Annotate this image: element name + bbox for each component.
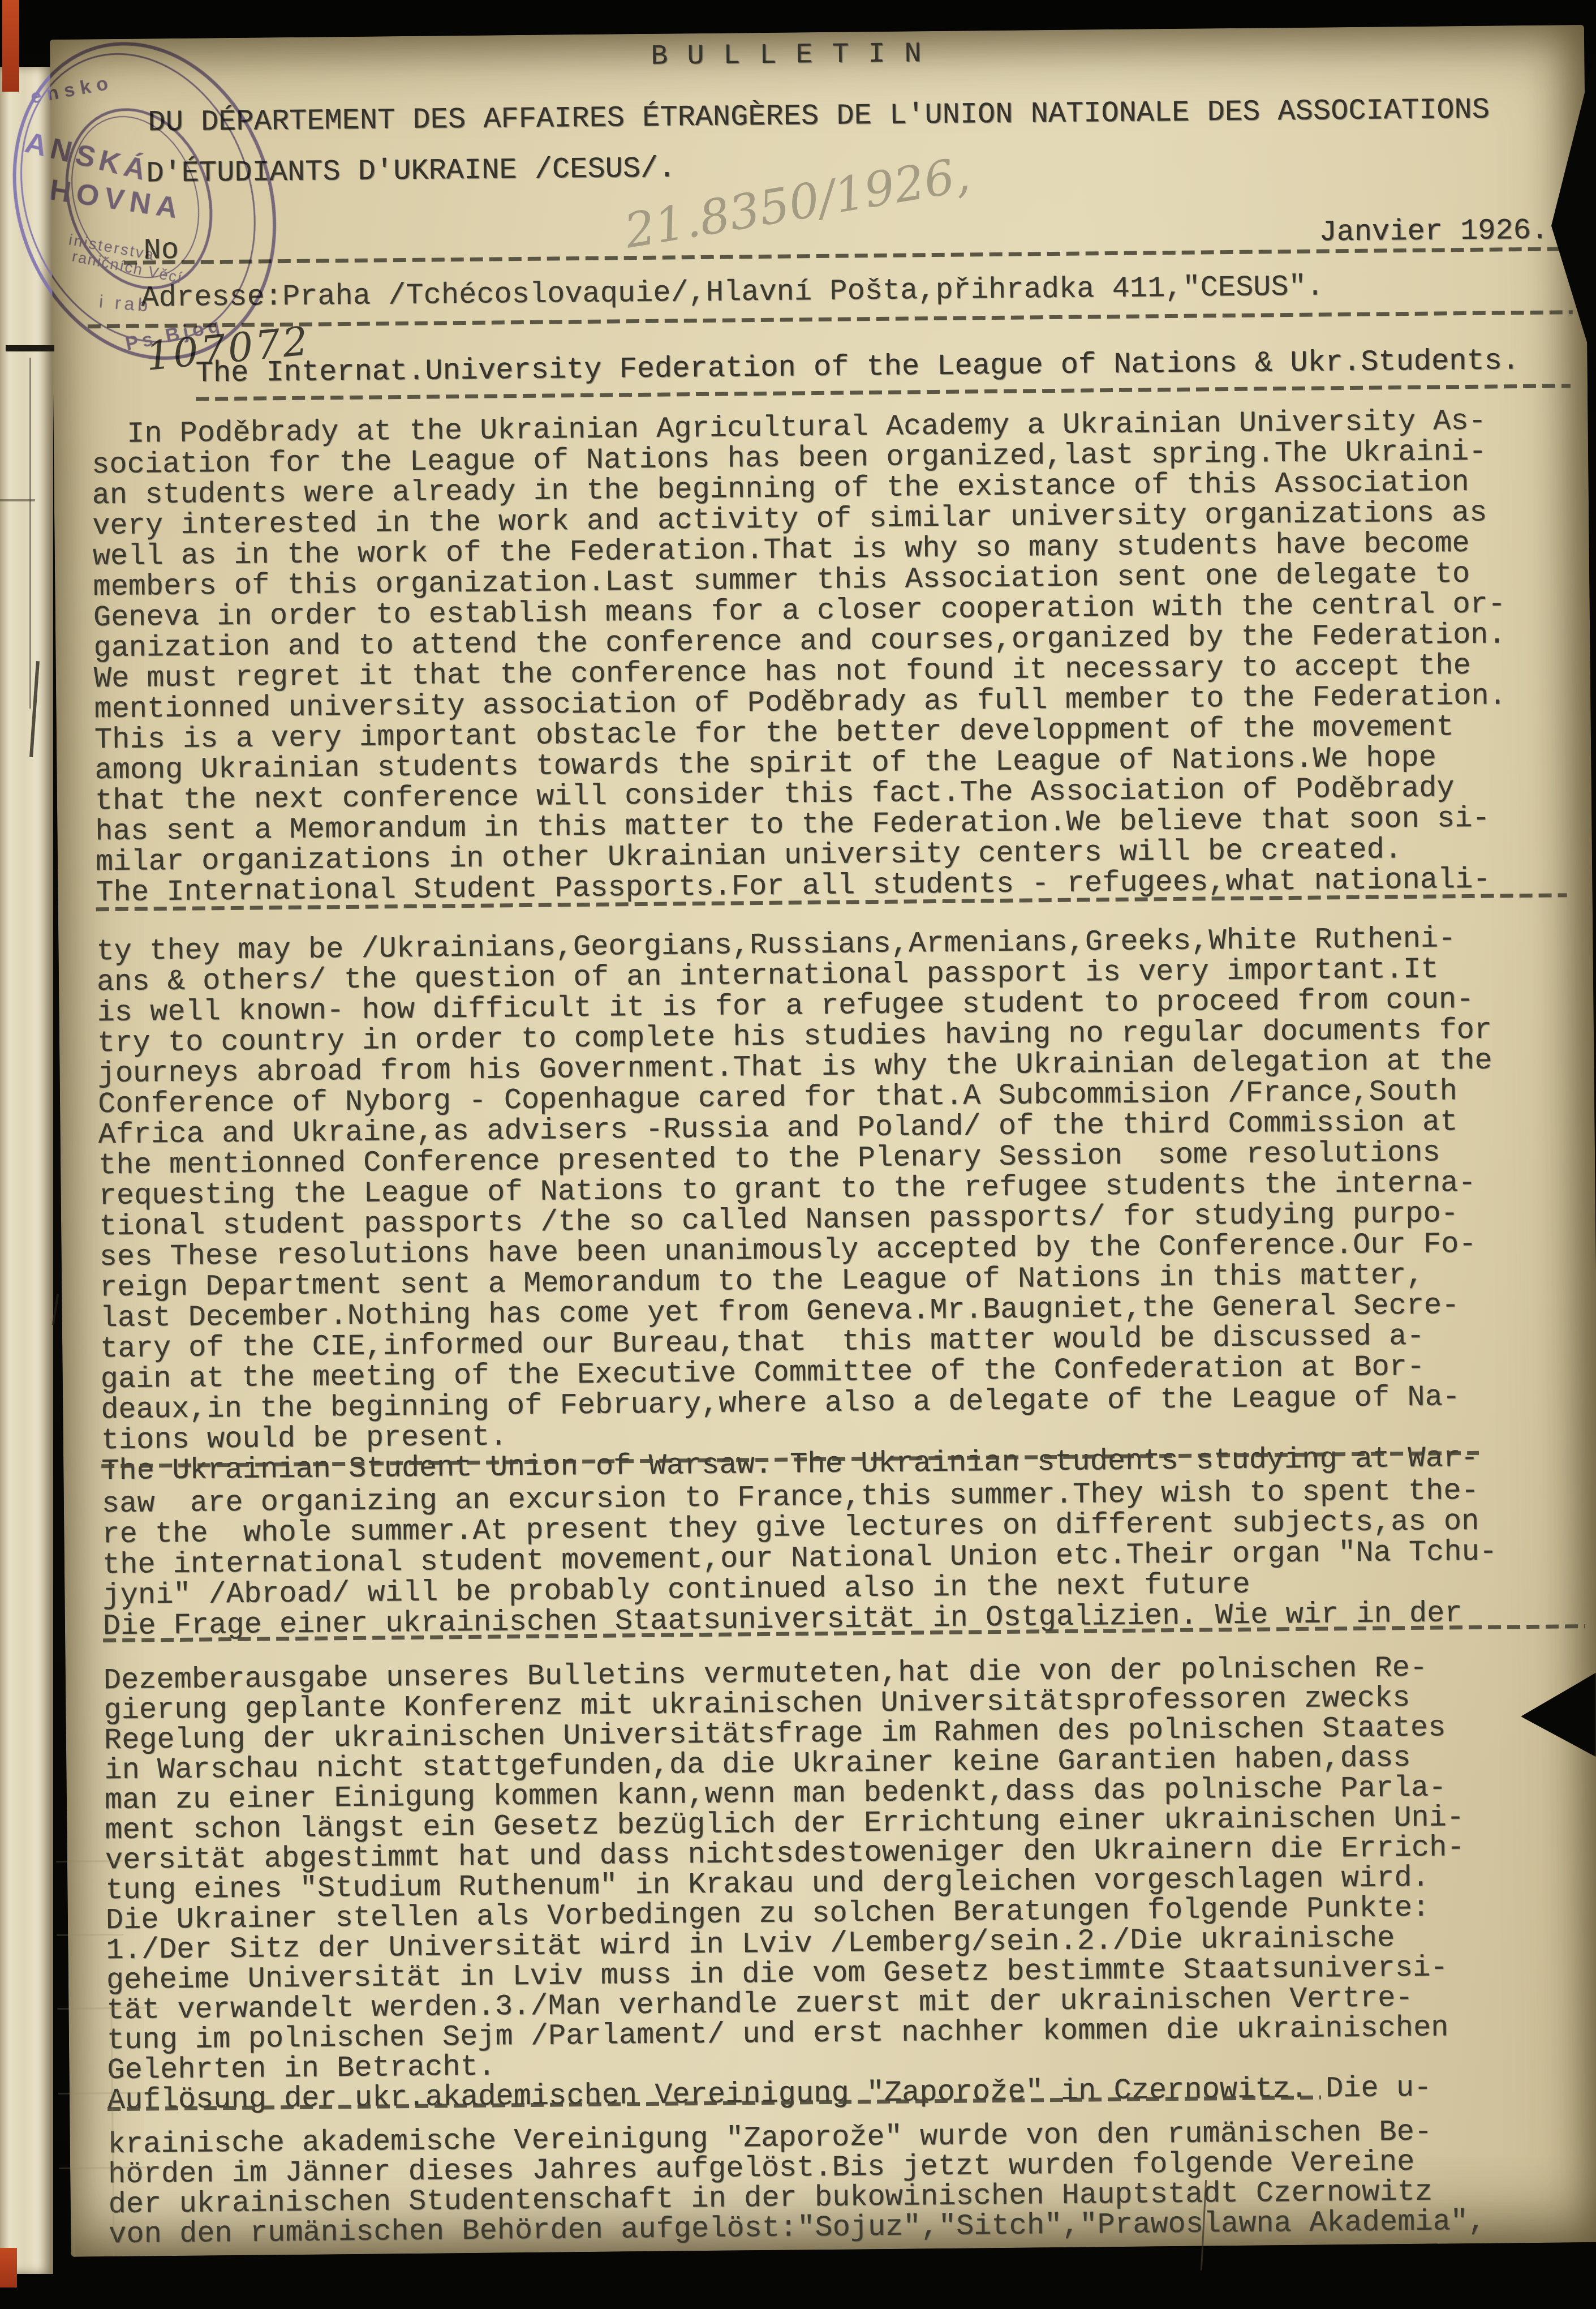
subject-heading: The Internat.University Federation of th… (195, 346, 1520, 389)
document-page: B U L L E T I N DU DÉPARTEMENT DES AFFAI… (50, 25, 1596, 2257)
book-binding-edge (0, 67, 53, 2274)
red-spine-label-bottom (0, 2248, 17, 2287)
paragraph-zaporoze: krainische akademische Vereinigung "Zapo… (107, 2117, 1486, 2250)
address-line: Adresse:Praha /Tchécoslovaquie/,Hlavní P… (141, 272, 1324, 314)
paragraph-federation: In Poděbrady at the Ukrainian Agricultur… (91, 406, 1508, 908)
scanned-bulletin-page: { "header": { "title": "B U L L E T I N"… (0, 0, 1596, 2309)
issue-date: Janvier 1926. (1319, 216, 1548, 248)
header-line-1: DU DÉPARTEMENT DES AFFAIRES ÉTRANGÈRES D… (148, 95, 1490, 139)
paragraph-passports: ty they may be /Ukrainians,Georgians,Rus… (96, 924, 1496, 1487)
margin-rule-vertical (29, 358, 31, 709)
bulletin-title: B U L L E T I N (651, 39, 923, 72)
stamp-text-small-3: i rab (98, 291, 152, 316)
paragraph-warsaw-union: saw are organizing an excursion to Franc… (102, 1476, 1498, 1642)
show-through-grid-line (70, 1861, 75, 2257)
dashed-divider (124, 247, 1572, 265)
margin-tick-bold (6, 345, 54, 351)
margin-tick-cross (0, 499, 35, 501)
paragraph-staatsuniversitaet: Dezemberausgabe unseres Bulletins vermut… (104, 1653, 1467, 2115)
